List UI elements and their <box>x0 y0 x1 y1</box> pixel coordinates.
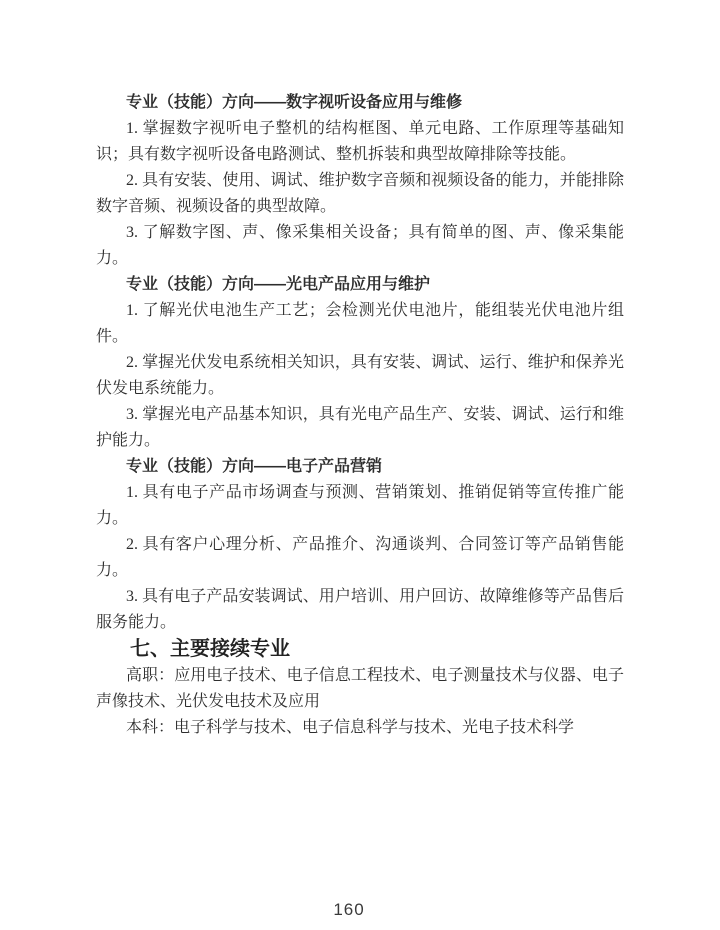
skill-item: 1. 具有电子产品市场调查与预测、营销策划、推销促销等宣传推广能力。 <box>96 480 624 532</box>
skill-direction-heading-digital-av: 专业（技能）方向——数字视听设备应用与维修 <box>96 90 624 116</box>
page-number: 160 <box>0 900 698 920</box>
section-seven-heading: 七、主要接续专业 <box>96 636 624 663</box>
skill-item: 3. 掌握光电产品基本知识，具有光电产品生产、安装、调试、运行和维护能力。 <box>96 402 624 454</box>
skill-item: 1. 掌握数字视听电子整机的结构框图、单元电路、工作原理等基础知识；具有数字视听… <box>96 116 624 168</box>
skill-item: 3. 了解数字图、声、像采集相关设备；具有简单的图、声、像采集能力。 <box>96 220 624 272</box>
skill-item: 3. 具有电子产品安装调试、用户培训、用户回访、故障维修等产品售后服务能力。 <box>96 584 624 636</box>
document-page: 专业（技能）方向——数字视听设备应用与维修 1. 掌握数字视听电子整机的结构框图… <box>0 0 720 930</box>
continuing-majors-higher-vocational: 高职：应用电子技术、电子信息工程技术、电子测量技术与仪器、电子声像技术、光伏发电… <box>96 663 624 715</box>
skill-item: 2. 掌握光伏发电系统相关知识，具有安装、调试、运行、维护和保养光伏发电系统能力… <box>96 350 624 402</box>
continuing-majors-undergraduate: 本科：电子科学与技术、电子信息科学与技术、光电子技术科学 <box>96 715 624 741</box>
skill-item: 1. 了解光伏电池生产工艺；会检测光伏电池片，能组装光伏电池片组件。 <box>96 298 624 350</box>
skill-item: 2. 具有客户心理分析、产品推介、沟通谈判、合同签订等产品销售能力。 <box>96 532 624 584</box>
skill-item: 2. 具有安装、使用、调试、维护数字音频和视频设备的能力，并能排除数字音频、视频… <box>96 168 624 220</box>
skill-direction-heading-marketing: 专业（技能）方向——电子产品营销 <box>96 454 624 480</box>
skill-direction-heading-optoelectronic: 专业（技能）方向——光电产品应用与维护 <box>96 272 624 298</box>
document-body: 专业（技能）方向——数字视听设备应用与维修 1. 掌握数字视听电子整机的结构框图… <box>96 90 624 741</box>
